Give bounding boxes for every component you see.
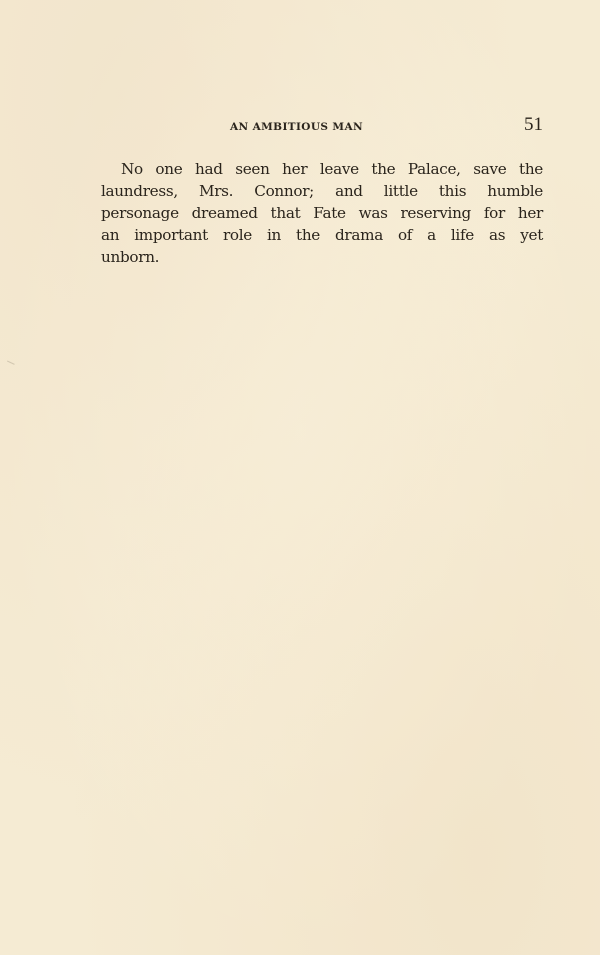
text-line: laundress, Mrs. Connor; and little this … [101, 180, 543, 202]
paragraph: No one had seen her leave the Palace, sa… [101, 158, 543, 268]
text-line: unborn. [101, 246, 543, 268]
text-line: No one had seen her leave the Palace, sa… [101, 158, 543, 180]
book-page: AN AMBITIOUS MAN 51 No one had seen her … [0, 0, 600, 955]
paper-mark [5, 361, 14, 369]
running-title: AN AMBITIOUS MAN [230, 121, 363, 133]
text-line: an important role in the drama of a life… [101, 224, 543, 246]
text-line: personage dreamed that Fate was reservin… [101, 202, 543, 224]
page-number: 51 [524, 114, 543, 136]
running-header: AN AMBITIOUS MAN 51 [100, 114, 543, 138]
